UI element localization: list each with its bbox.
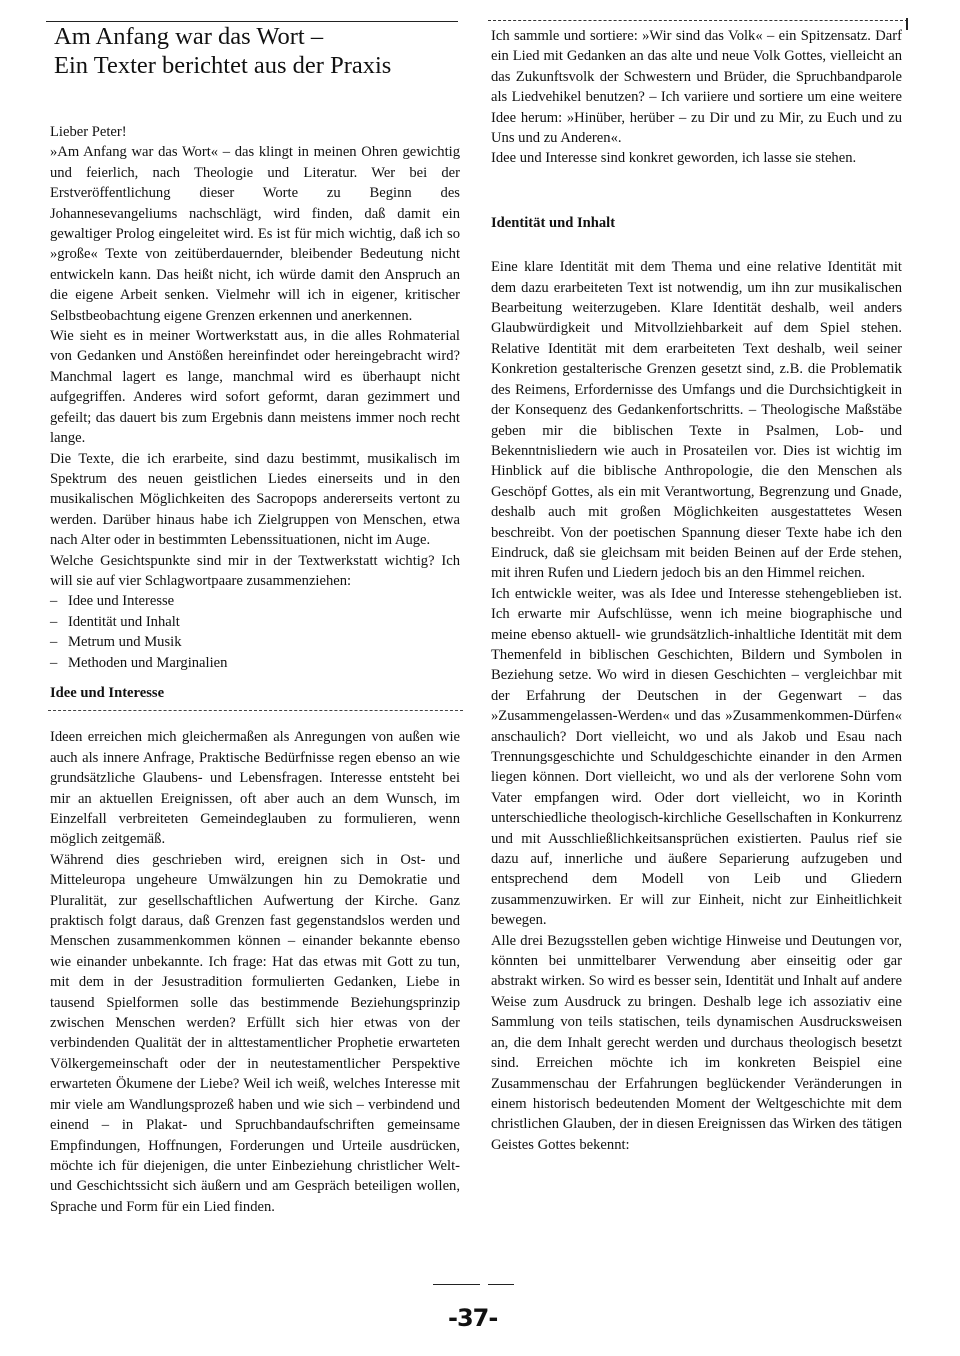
top-rule-right-end xyxy=(906,18,908,30)
list-item-label: Identität und Inhalt xyxy=(68,614,180,630)
list-item: –Metrum und Musik xyxy=(50,632,460,652)
bottom-rule-a xyxy=(433,1284,480,1285)
intro-paragraph: Wie sieht es in meiner Wortwerkstatt aus… xyxy=(50,326,460,448)
top-rule-right xyxy=(488,20,908,21)
list-item: –Methoden und Marginalien xyxy=(50,653,460,673)
title-line-2: Ein Texter berichtet aus der Praxis xyxy=(54,52,391,79)
list-item: –Identität und Inhalt xyxy=(50,612,460,632)
body-paragraph: Eine klare Identität mit dem Thema und e… xyxy=(491,257,902,584)
list-item: –Idee und Interesse xyxy=(50,591,460,611)
body-paragraph: Ich sammle und sortiere: »Wir sind das V… xyxy=(491,26,902,148)
intro-paragraph: Welche Gesichtspunkte sind mir in der Te… xyxy=(50,551,460,592)
body-paragraph: Alle drei Bezugsstellen geben wichtige H… xyxy=(491,931,902,1155)
left-column: Lieber Peter! »Am Anfang war das Wort« –… xyxy=(50,122,460,1217)
list-item-label: Metrum und Musik xyxy=(68,634,182,650)
right-column: Ich sammle und sortiere: »Wir sind das V… xyxy=(491,26,902,1155)
salutation: Lieber Peter! xyxy=(50,122,460,142)
dash-bullet: – xyxy=(50,632,68,652)
body-paragraph: Ich entwickle weiter, was als Idee und I… xyxy=(491,584,902,931)
body-paragraph: Ideen erreichen mich gleichermaßen als A… xyxy=(50,727,460,849)
page-number: -37- xyxy=(448,1304,508,1332)
section-heading-identitaet: Identität und Inhalt xyxy=(491,213,902,233)
bottom-rule-b xyxy=(488,1284,514,1285)
list-item-label: Methoden und Marginalien xyxy=(68,655,227,671)
dash-bullet: – xyxy=(50,653,68,673)
dash-bullet: – xyxy=(50,591,68,611)
keyword-pair-list: –Idee und Interesse –Identität und Inhal… xyxy=(50,591,460,673)
body-paragraph: Während dies geschrieben wird, ereignen … xyxy=(50,850,460,1217)
intro-paragraph: Die Texte, die ich erarbeite, sind dazu … xyxy=(50,449,460,551)
intro-paragraph: »Am Anfang war das Wort« – das klingt in… xyxy=(50,142,460,326)
section-heading-idee: Idee und Interesse xyxy=(50,683,460,703)
article-title: Am Anfang war das Wort – Ein Texter beri… xyxy=(54,22,474,80)
dash-bullet: – xyxy=(50,612,68,632)
title-line-1: Am Anfang war das Wort – xyxy=(54,23,323,50)
body-paragraph: Idee und Interesse sind konkret geworden… xyxy=(491,148,902,168)
list-item-label: Idee und Interesse xyxy=(68,593,174,609)
